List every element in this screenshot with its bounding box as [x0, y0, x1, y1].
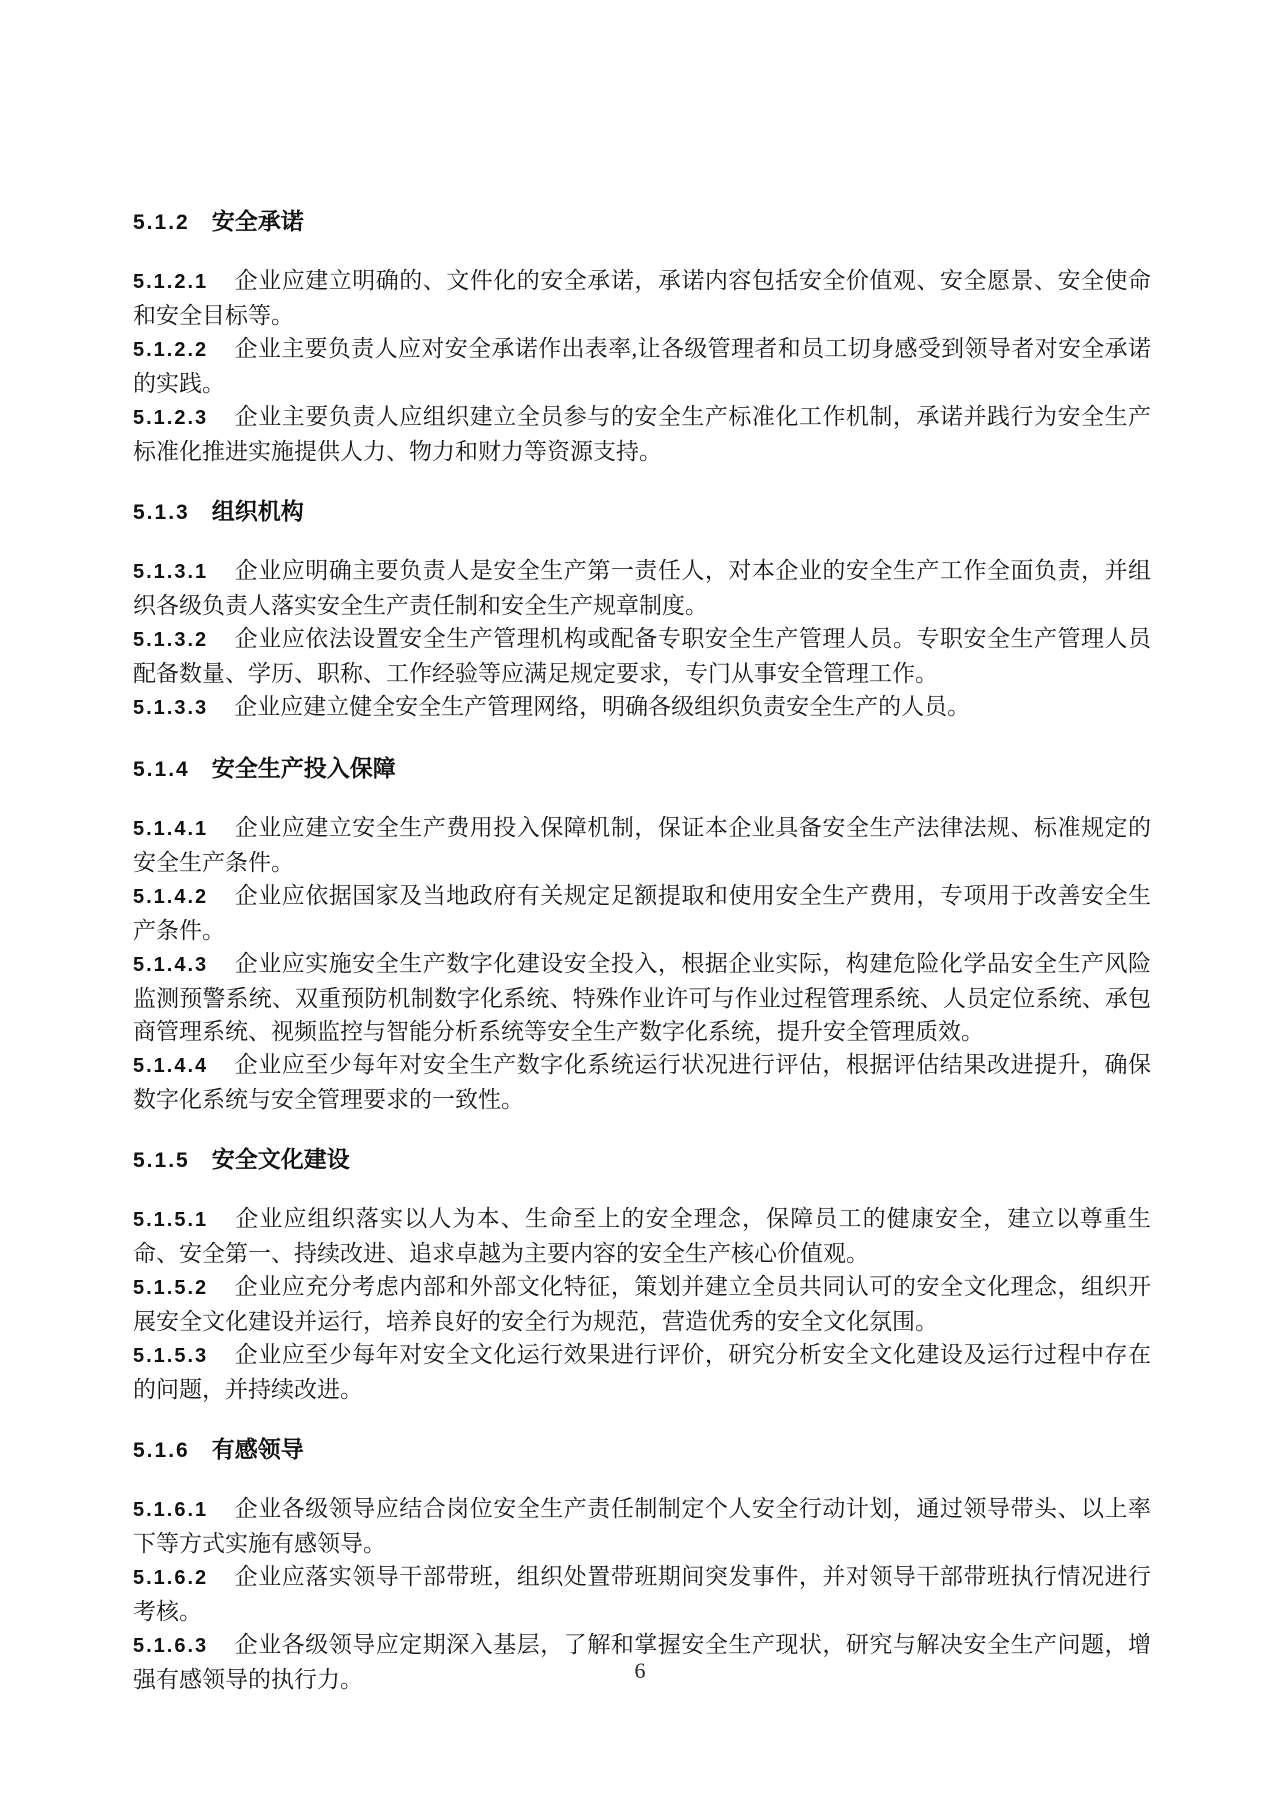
clause-number: 5.1.4.2	[133, 886, 208, 908]
section-5-1-5: 5.1.5安全文化建设 5.1.5.1企业应组织落实以人为本、生命至上的安全理念…	[133, 1143, 1151, 1406]
clause-number: 5.1.2.1	[133, 271, 208, 293]
section-heading: 5.1.6有感领导	[133, 1433, 1151, 1467]
section-heading: 5.1.4安全生产投入保障	[133, 752, 1151, 786]
clause: 5.1.3.3企业应建立健全安全生产管理网络，明确各级组织负责安全生产的人员。	[133, 690, 1151, 725]
section-title: 有感领导	[212, 1436, 304, 1462]
clause-text: 企业应建立安全生产费用投入保障机制，保证本企业具备安全生产法律法规、标准规定的安…	[133, 815, 1151, 875]
clause-text: 企业应实施安全生产数字化建设安全投入，根据企业实际，构建危险化学品安全生产风险监…	[133, 951, 1151, 1044]
section-title: 安全生产投入保障	[212, 755, 396, 781]
clause: 5.1.4.1企业应建立安全生产费用投入保障机制，保证本企业具备安全生产法律法规…	[133, 811, 1151, 879]
clause-number: 5.1.2.3	[133, 407, 208, 429]
clause-text: 企业各级领导应结合岗位安全生产责任制制定个人安全行动计划，通过领导带头、以上率下…	[133, 1496, 1151, 1556]
clause: 5.1.6.2企业应落实领导干部带班，组织处置带班期间突发事件，并对领导干部带班…	[133, 1560, 1151, 1628]
clause-number: 5.1.3.2	[133, 629, 208, 651]
clause-number: 5.1.4.1	[133, 818, 208, 840]
clause-text: 企业应组织落实以人为本、生命至上的安全理念，保障员工的健康安全，建立以尊重生命、…	[133, 1206, 1151, 1266]
clause: 5.1.4.3企业应实施安全生产数字化建设安全投入，根据企业实际，构建危险化学品…	[133, 947, 1151, 1048]
section-number: 5.1.2	[133, 211, 190, 234]
clause-number: 5.1.6.1	[133, 1499, 208, 1521]
clause-number: 5.1.3.3	[133, 697, 208, 719]
clause-number: 5.1.2.2	[133, 339, 208, 361]
clause-text: 企业应明确主要负责人是安全生产第一责任人，对本企业的安全生产工作全面负责，并组织…	[133, 558, 1151, 618]
clause-number: 5.1.4.3	[133, 954, 208, 976]
clause: 5.1.5.1企业应组织落实以人为本、生命至上的安全理念，保障员工的健康安全，建…	[133, 1202, 1151, 1270]
section-heading: 5.1.2安全承诺	[133, 205, 1151, 239]
section-title: 安全承诺	[212, 208, 304, 234]
section-title: 组织机构	[212, 498, 304, 524]
clause-number: 5.1.5.3	[133, 1345, 208, 1367]
section-heading: 5.1.5安全文化建设	[133, 1143, 1151, 1177]
section-heading: 5.1.3组织机构	[133, 495, 1151, 529]
clause: 5.1.2.1企业应建立明确的、文件化的安全承诺，承诺内容包括安全价值观、安全愿…	[133, 264, 1151, 332]
clause-text: 企业应至少每年对安全文化运行效果进行评价，研究分析安全文化建设及运行过程中存在的…	[133, 1342, 1151, 1402]
clause-text: 企业应依据国家及当地政府有关规定足额提取和使用安全生产费用，专项用于改善安全生产…	[133, 883, 1151, 943]
section-number: 5.1.4	[133, 758, 190, 781]
clause: 5.1.4.4企业应至少每年对安全生产数字化系统运行状况进行评估，根据评估结果改…	[133, 1048, 1151, 1116]
clause-text: 企业应建立健全安全生产管理网络，明确各级组织负责安全生产的人员。	[234, 694, 970, 719]
clause: 5.1.2.3企业主要负责人应组织建立全员参与的安全生产标准化工作机制，承诺并践…	[133, 400, 1151, 468]
section-5-1-2: 5.1.2安全承诺 5.1.2.1企业应建立明确的、文件化的安全承诺，承诺内容包…	[133, 205, 1151, 468]
section-5-1-3: 5.1.3组织机构 5.1.3.1企业应明确主要负责人是安全生产第一责任人，对本…	[133, 495, 1151, 725]
clause-text: 企业应依法设置安全生产管理机构或配备专职安全生产管理人员。专职安全生产管理人员配…	[133, 626, 1151, 686]
section-number: 5.1.3	[133, 501, 190, 524]
clause-number: 5.1.6.3	[133, 1635, 208, 1657]
clause: 5.1.5.3企业应至少每年对安全文化运行效果进行评价，研究分析安全文化建设及运…	[133, 1338, 1151, 1406]
section-number: 5.1.6	[133, 1439, 190, 1462]
clause: 5.1.2.2企业主要负责人应对安全承诺作出表率,让各级管理者和员工切身感受到领…	[133, 332, 1151, 400]
section-title: 安全文化建设	[212, 1146, 350, 1172]
clause-text: 企业应建立明确的、文件化的安全承诺，承诺内容包括安全价值观、安全愿景、安全使命和…	[133, 268, 1151, 328]
document-content: 5.1.2安全承诺 5.1.2.1企业应建立明确的、文件化的安全承诺，承诺内容包…	[133, 0, 1151, 1696]
section-number: 5.1.5	[133, 1149, 190, 1172]
section-5-1-4: 5.1.4安全生产投入保障 5.1.4.1企业应建立安全生产费用投入保障机制，保…	[133, 752, 1151, 1116]
clause: 5.1.5.2企业应充分考虑内部和外部文化特征，策划并建立全员共同认可的安全文化…	[133, 1270, 1151, 1338]
clause-text: 企业应至少每年对安全生产数字化系统运行状况进行评估，根据评估结果改进提升，确保数…	[133, 1052, 1151, 1112]
document-page: 5.1.2安全承诺 5.1.2.1企业应建立明确的、文件化的安全承诺，承诺内容包…	[0, 0, 1280, 1810]
clause: 5.1.6.1企业各级领导应结合岗位安全生产责任制制定个人安全行动计划，通过领导…	[133, 1492, 1151, 1560]
clause-text: 企业应充分考虑内部和外部文化特征，策划并建立全员共同认可的安全文化理念，组织开展…	[133, 1274, 1151, 1334]
clause: 5.1.4.2企业应依据国家及当地政府有关规定足额提取和使用安全生产费用，专项用…	[133, 879, 1151, 947]
page-number: 6	[0, 1658, 1280, 1684]
clause-number: 5.1.5.2	[133, 1277, 208, 1299]
clause: 5.1.3.2企业应依法设置安全生产管理机构或配备专职安全生产管理人员。专职安全…	[133, 622, 1151, 690]
clause-text: 企业主要负责人应对安全承诺作出表率,让各级管理者和员工切身感受到领导者对安全承诺…	[133, 336, 1151, 396]
clause-number: 5.1.6.2	[133, 1567, 208, 1589]
clause-text: 企业应落实领导干部带班，组织处置带班期间突发事件，并对领导干部带班执行情况进行考…	[133, 1564, 1151, 1624]
section-5-1-6: 5.1.6有感领导 5.1.6.1企业各级领导应结合岗位安全生产责任制制定个人安…	[133, 1433, 1151, 1696]
clause-text: 企业主要负责人应组织建立全员参与的安全生产标准化工作机制，承诺并践行为安全生产标…	[133, 404, 1151, 464]
clause: 5.1.3.1企业应明确主要负责人是安全生产第一责任人，对本企业的安全生产工作全…	[133, 554, 1151, 622]
clause-number: 5.1.3.1	[133, 561, 208, 583]
clause-number: 5.1.5.1	[133, 1209, 208, 1231]
clause-number: 5.1.4.4	[133, 1055, 208, 1077]
